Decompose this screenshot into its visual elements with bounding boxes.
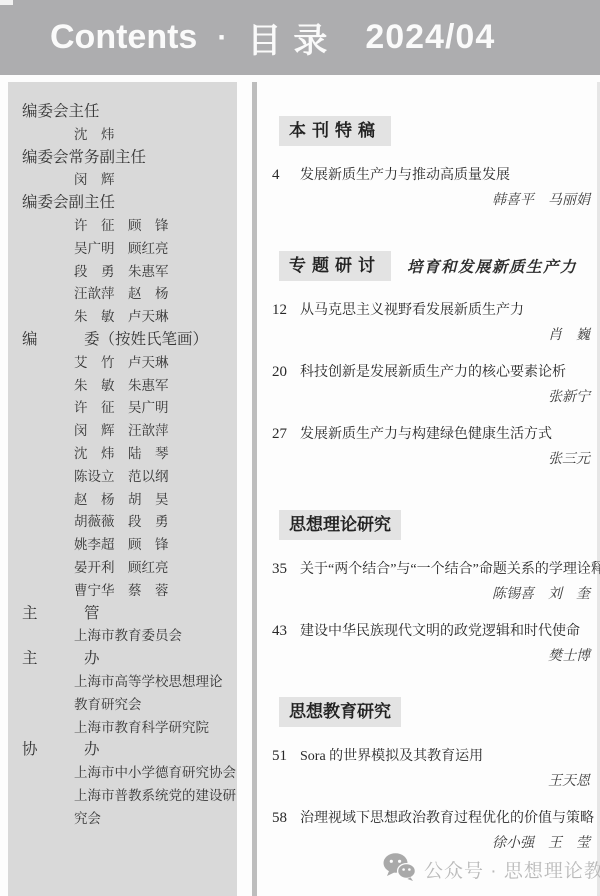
- article-page-number: 12: [272, 300, 300, 321]
- sidebar-name-entry: 汪歆萍 赵 杨: [8, 283, 237, 306]
- sidebar-name-entry: 沈 炜 陆 琴: [8, 443, 237, 466]
- sidebar-name-entry: 晏开利 顾红亮: [8, 557, 237, 580]
- section-subtitle: 培育和发展新质生产力: [407, 255, 577, 277]
- article-authors: 樊士博: [257, 647, 600, 667]
- sidebar-role-label: 编委会常务副主任: [8, 147, 237, 170]
- wechat-watermark: 公众号 · 思想理论教育: [383, 853, 600, 886]
- journal-contents-title-zh: 目录: [247, 13, 339, 62]
- toc-article: 27发展新质生产力与构建绿色健康生活方式张三元: [257, 424, 600, 470]
- sidebar-role-label: 主 办: [8, 648, 237, 671]
- header-bar: Contents · 目录 2024/04: [0, 0, 600, 75]
- sidebar-name-entry: 上海市教育科学研究院: [8, 717, 237, 740]
- article-authors: 王天恩: [257, 772, 600, 792]
- article-page-number: 58: [272, 808, 300, 829]
- article-page-number: 51: [272, 746, 300, 767]
- article-authors: 陈锡喜 刘 奎: [257, 585, 600, 605]
- toc-content: 本刊特稿4发展新质生产力与推动高质量发展韩喜平 马丽娟专题研讨培育和发展新质生产…: [257, 82, 600, 896]
- watermark-text: 公众号 · 思想理论教育: [424, 856, 600, 883]
- sidebar-list: 编委会主任沈 炜编委会常务副主任闵 辉编委会副主任许 征 顾 锋吴广明 顾红亮段…: [8, 101, 237, 831]
- toc-article: 35关于“两个结合”与“一个结合”命题关系的学理诠释陈锡喜 刘 奎: [257, 559, 600, 605]
- sidebar-role-label: 编委会副主任: [8, 192, 237, 215]
- sidebar-name-entry: 教育研究会: [8, 694, 237, 717]
- sidebar-role-label: 协 办: [8, 739, 237, 762]
- sidebar-name-entry: 赵 杨 胡 昊: [8, 489, 237, 512]
- toc-section: 思想教育研究51Sora 的世界模拟及其教育运用王天恩58治理视域下思想政治教育…: [257, 697, 600, 870]
- article-title: 科技创新是发展新质生产力的核心要素论析: [300, 362, 566, 383]
- sidebar-role-label: 编 委（按姓氏笔画）: [8, 329, 237, 352]
- sidebar-name-entry: 段 勇 朱惠军: [8, 261, 237, 284]
- toc-section: 专题研讨培育和发展新质生产力12从马克思主义视野看发展新质生产力肖 巍20科技创…: [257, 251, 600, 486]
- sidebar-name-entry: 上海市中小学德育研究协会: [8, 762, 237, 785]
- sidebar-name-entry: 沈 炜: [8, 124, 237, 147]
- article-title: 发展新质生产力与推动高质量发展: [300, 165, 510, 186]
- sidebar-name-entry: 闵 辉: [8, 169, 237, 192]
- toc-article: 20科技创新是发展新质生产力的核心要素论析张新宁: [257, 362, 600, 408]
- sidebar-name-entry: 上海市普教系统党的建设研: [8, 785, 237, 808]
- sidebar-name-entry: 胡薇薇 段 勇: [8, 511, 237, 534]
- dot-separator: ·: [217, 21, 227, 55]
- toc-section: 本刊特稿4发展新质生产力与推动高质量发展韩喜平 马丽娟: [257, 116, 600, 227]
- sidebar-name-entry: 上海市高等学校思想理论: [8, 671, 237, 694]
- editorial-board-sidebar: 编委会主任沈 炜编委会常务副主任闵 辉编委会副主任许 征 顾 锋吴广明 顾红亮段…: [8, 82, 237, 896]
- sidebar-name-entry: 艾 竹 卢天琳: [8, 352, 237, 375]
- article-authors: 徐小强 王 莹: [257, 834, 600, 854]
- sidebar-role-label: 编委会主任: [8, 101, 237, 124]
- article-page-number: 35: [272, 559, 300, 580]
- scan-corner-notch: [0, 0, 13, 5]
- sidebar-name-entry: 究会: [8, 808, 237, 831]
- article-title: 关于“两个结合”与“一个结合”命题关系的学理诠释: [300, 559, 600, 580]
- sidebar-name-entry: 上海市教育委员会: [8, 625, 237, 648]
- toc-article: 51Sora 的世界模拟及其教育运用王天恩: [257, 746, 600, 792]
- section-heading: 思想教育研究: [279, 697, 401, 727]
- toc-article: 4发展新质生产力与推动高质量发展韩喜平 马丽娟: [257, 165, 600, 211]
- article-title: 建设中华民族现代文明的政党逻辑和时代使命: [300, 621, 580, 642]
- section-heading: 专题研讨: [279, 251, 391, 281]
- sidebar-name-entry: 许 征 顾 锋: [8, 215, 237, 238]
- section-heading: 本刊特稿: [279, 116, 391, 146]
- toc-page: Contents · 目录 2024/04 编委会主任沈 炜编委会常务副主任闵 …: [0, 0, 600, 896]
- sidebar-name-entry: 朱 敏 卢天琳: [8, 306, 237, 329]
- sidebar-name-entry: 陈设立 范以纲: [8, 466, 237, 489]
- article-page-number: 20: [272, 362, 300, 383]
- article-page-number: 43: [272, 621, 300, 642]
- section-heading: 思想理论研究: [279, 510, 401, 540]
- toc-article: 58治理视域下思想政治教育过程优化的价值与策略徐小强 王 莹: [257, 808, 600, 854]
- article-title: 发展新质生产力与构建绿色健康生活方式: [300, 424, 552, 445]
- article-page-number: 27: [272, 424, 300, 445]
- toc-section: 思想理论研究35关于“两个结合”与“一个结合”命题关系的学理诠释陈锡喜 刘 奎4…: [257, 510, 600, 683]
- article-page-number: 4: [272, 165, 300, 186]
- article-authors: 张新宁: [257, 388, 600, 408]
- sidebar-role-label: 主 管: [8, 603, 237, 626]
- sidebar-name-entry: 闵 辉 汪歆萍: [8, 420, 237, 443]
- toc-article: 43建设中华民族现代文明的政党逻辑和时代使命樊士博: [257, 621, 600, 667]
- issue-number: 2024/04: [365, 18, 495, 57]
- toc-article: 12从马克思主义视野看发展新质生产力肖 巍: [257, 300, 600, 346]
- sidebar-name-entry: 曹宁华 蔡 蓉: [8, 580, 237, 603]
- article-authors: 肖 巍: [257, 326, 600, 346]
- article-title: 从马克思主义视野看发展新质生产力: [300, 300, 524, 321]
- journal-contents-title-en: Contents: [50, 18, 197, 57]
- sidebar-name-entry: 吴广明 顾红亮: [8, 238, 237, 261]
- article-authors: 韩喜平 马丽娟: [257, 191, 600, 211]
- article-title: 治理视域下思想政治教育过程优化的价值与策略: [300, 808, 594, 829]
- sidebar-name-entry: 朱 敏 朱惠军: [8, 375, 237, 398]
- wechat-icon: [383, 853, 416, 886]
- article-title: Sora 的世界模拟及其教育运用: [300, 746, 483, 767]
- sidebar-name-entry: 姚李超 顾 锋: [8, 534, 237, 557]
- sidebar-name-entry: 许 征 吴广明: [8, 397, 237, 420]
- article-authors: 张三元: [257, 450, 600, 470]
